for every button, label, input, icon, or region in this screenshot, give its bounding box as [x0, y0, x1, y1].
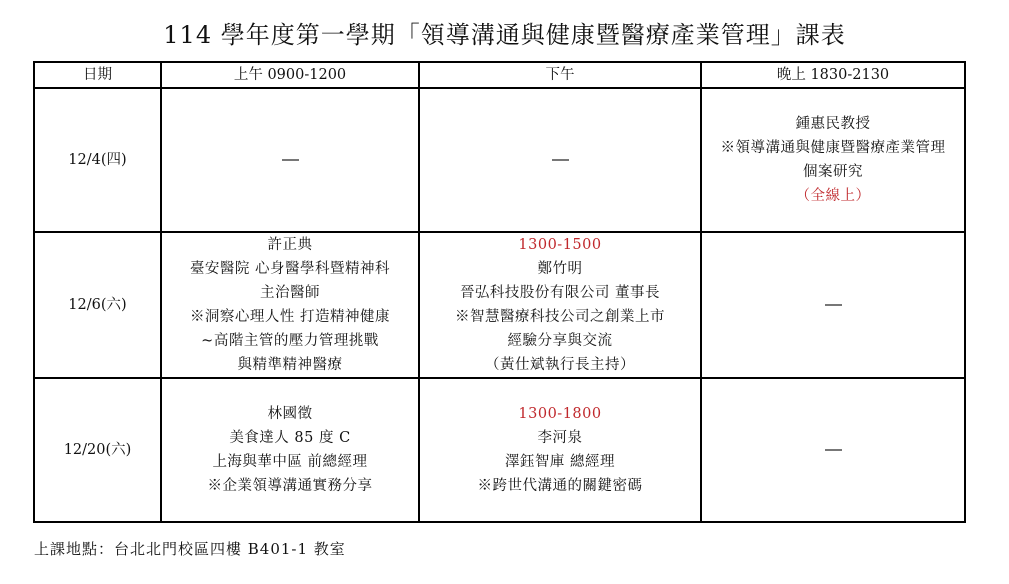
- header-afternoon: 下午: [419, 62, 701, 88]
- date-cell: 12/20(六): [34, 378, 161, 522]
- evening-cell: [701, 378, 965, 522]
- cell-line: 許正典: [162, 233, 418, 257]
- cell-line: 林國徵: [162, 402, 418, 426]
- date-cell: 12/6(六): [34, 232, 161, 378]
- cell-line: ※智慧醫療科技公司之創業上市: [420, 305, 700, 329]
- evening-cell: 鍾惠民教授※領導溝通與健康暨醫療產業管理個案研究（全線上）: [701, 88, 965, 232]
- cell-line: 主治醫師: [162, 281, 418, 305]
- empty-dash-icon: [825, 449, 842, 451]
- morning-cell: [161, 88, 419, 232]
- cell-line: 鍾惠民教授: [702, 112, 964, 136]
- table-row: 12/6(六) 許正典臺安醫院 心身醫學科暨精神科主治醫師※洞察心理人性 打造精…: [34, 232, 965, 378]
- date-cell: 12/4(四): [34, 88, 161, 232]
- cell-line: ※企業領導溝通實務分享: [162, 474, 418, 498]
- class-location: 上課地點：台北北門校區四樓 B401-1 教室: [34, 537, 346, 561]
- cell-line: 臺安醫院 心身醫學科暨精神科: [162, 257, 418, 281]
- evening-cell: [701, 232, 965, 378]
- cell-line: ※跨世代溝通的關鍵密碼: [420, 474, 700, 498]
- afternoon-cell: [419, 88, 701, 232]
- empty-dash-icon: [552, 159, 569, 161]
- header-row: 日期 上午 0900-1200 下午 晚上 1830-2130: [34, 62, 965, 88]
- cell-line: 上海與華中區 前總經理: [162, 450, 418, 474]
- cell-line: 與精準精神醫療: [162, 353, 418, 377]
- cell-line: ※洞察心理人性 打造精神健康: [162, 305, 418, 329]
- cell-line: ~高階主管的壓力管理挑戰: [162, 329, 418, 353]
- afternoon-cell: 1300-1800李河泉澤鈺智庫 總經理※跨世代溝通的關鍵密碼: [419, 378, 701, 522]
- cell-line: 鄭竹明: [420, 257, 700, 281]
- cell-line: （黃仕斌執行長主持）: [420, 353, 700, 377]
- schedule-table: 日期 上午 0900-1200 下午 晚上 1830-2130 12/4(四) …: [33, 61, 966, 523]
- cell-line: 個案研究: [702, 160, 964, 184]
- cell-line: 李河泉: [420, 426, 700, 450]
- header-evening: 晚上 1830-2130: [701, 62, 965, 88]
- cell-line: 澤鈺智庫 總經理: [420, 450, 700, 474]
- empty-dash-icon: [282, 159, 299, 161]
- morning-cell: 許正典臺安醫院 心身醫學科暨精神科主治醫師※洞察心理人性 打造精神健康~高階主管…: [161, 232, 419, 378]
- morning-cell: 林國徵美食達人 85 度 C上海與華中區 前總經理※企業領導溝通實務分享: [161, 378, 419, 522]
- cell-line: ※領導溝通與健康暨醫療產業管理: [702, 136, 964, 160]
- page-title: 114 學年度第一學期「領導溝通與健康暨醫療產業管理」課表: [0, 19, 1009, 51]
- cell-line: 1300-1500: [420, 233, 700, 257]
- cell-line: 美食達人 85 度 C: [162, 426, 418, 450]
- table-row: 12/20(六) 林國徵美食達人 85 度 C上海與華中區 前總經理※企業領導溝…: [34, 378, 965, 522]
- empty-dash-icon: [825, 304, 842, 306]
- cell-line: 晉弘科技股份有限公司 董事長: [420, 281, 700, 305]
- cell-line: 1300-1800: [420, 402, 700, 426]
- header-morning: 上午 0900-1200: [161, 62, 419, 88]
- afternoon-cell: 1300-1500鄭竹明晉弘科技股份有限公司 董事長※智慧醫療科技公司之創業上市…: [419, 232, 701, 378]
- table-row: 12/4(四) 鍾惠民教授※領導溝通與健康暨醫療產業管理個案研究（全線上）: [34, 88, 965, 232]
- header-date: 日期: [34, 62, 161, 88]
- cell-line: 經驗分享與交流: [420, 329, 700, 353]
- cell-line: （全線上）: [702, 184, 964, 208]
